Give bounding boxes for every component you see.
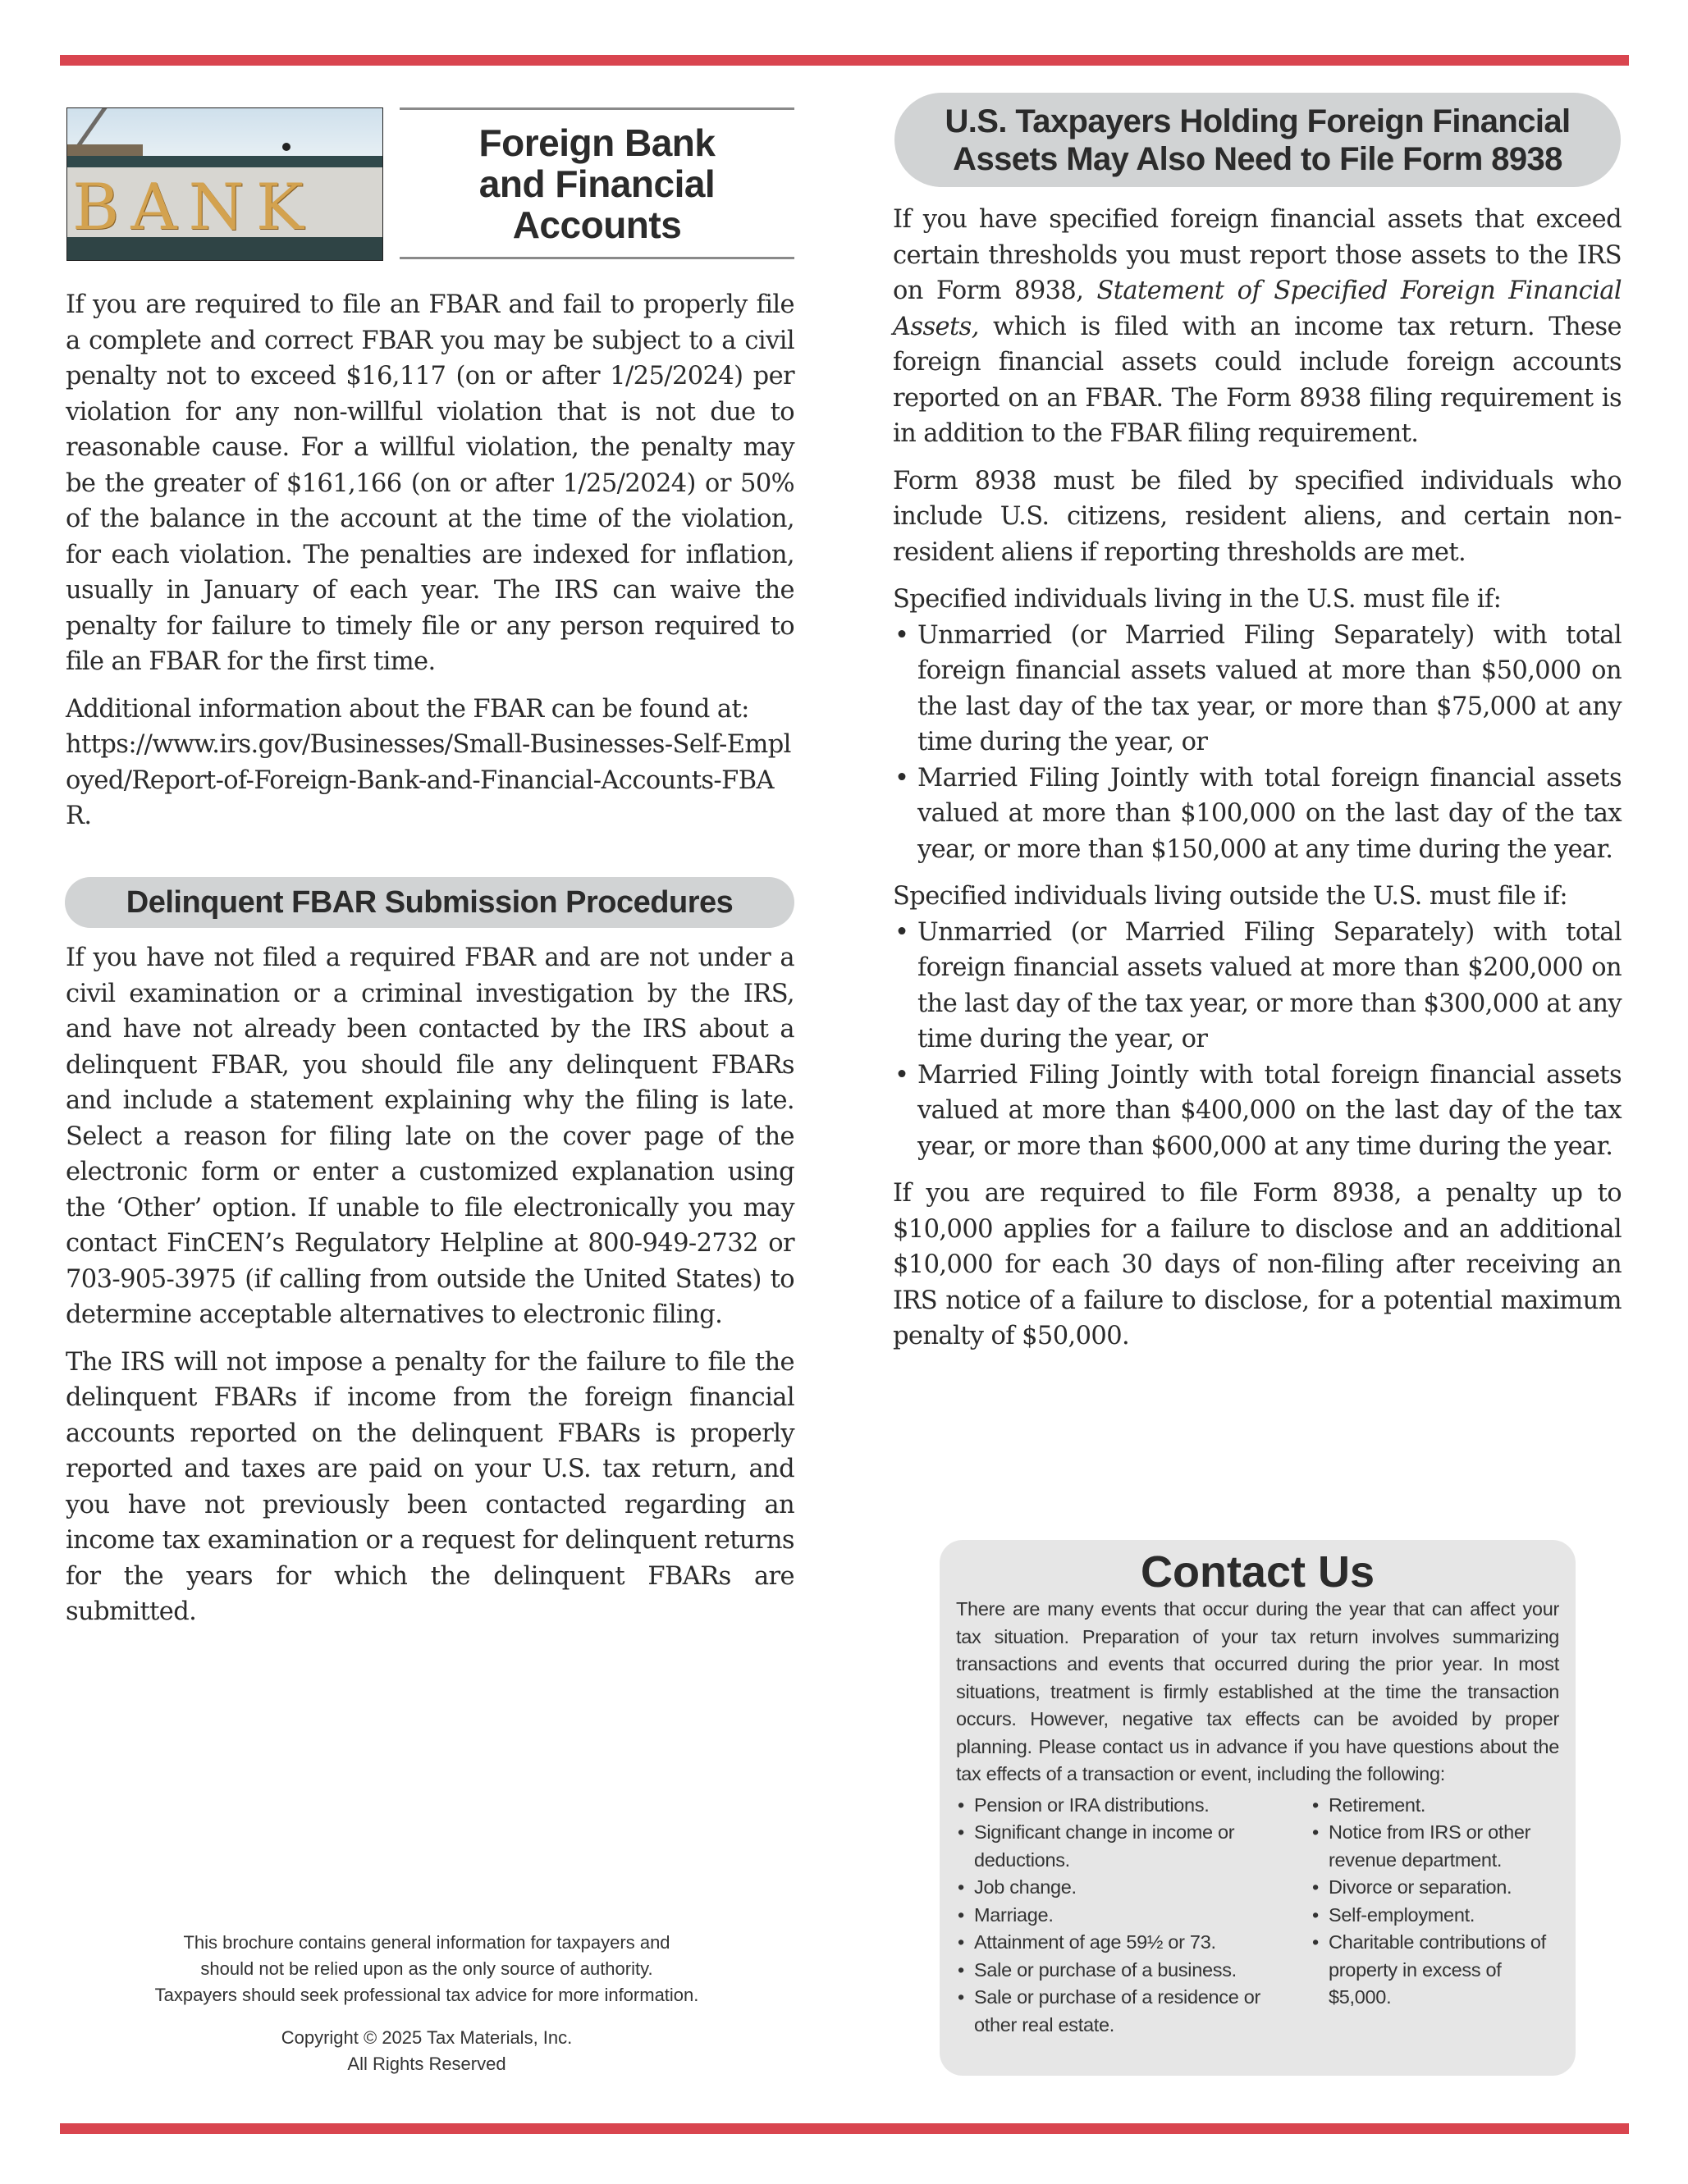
list-item: Job change. [956,1874,1311,1902]
list-item: Marriage. [956,1902,1311,1930]
page-title-box: Foreign Bankand FinancialAccounts [400,107,794,259]
list-item: Retirement. [1311,1792,1557,1820]
delinquent-heading: Delinquent FBAR Submission Procedures [126,885,734,921]
disclaimer-line: This brochure contains general informati… [98,1930,755,1956]
contact-us-title: Contact Us [956,1548,1559,1596]
list-item: Pension or IRA distributions. [956,1792,1311,1820]
left-column: If you are required to file an FBAR and … [66,287,794,834]
list-item: Sale or purchase of a residence or other… [956,1984,1311,2039]
list-item: Divorce or separation. [1311,1874,1557,1902]
page-title-line: Accounts [513,203,682,246]
bank-sign-photo: BANK [66,107,383,261]
page-title-line: and Financial [479,162,715,205]
form8938-intro: If you have specified foreign financial … [893,202,1622,452]
us-group-lead: Specified individuals living in the U.S.… [893,582,1622,618]
list-item: Self-employment. [1311,1902,1557,1930]
delinquent-paragraph-2: The IRS will not impose a penalty for th… [66,1345,794,1630]
events-list-right: Retirement. Notice from IRS or other rev… [1311,1792,1557,2040]
rights-line: All Rights Reserved [98,2051,755,2077]
delinquent-paragraph-1: If you have not filed a required FBAR an… [66,940,794,1333]
bottom-accent-bar [60,2123,1629,2134]
delinquent-heading-pill: Delinquent FBAR Submission Procedures [65,877,794,928]
top-accent-bar [60,55,1629,66]
disclaimer-line: should not be relied upon as the only so… [98,1956,755,1982]
form8938-heading-pill: U.S. Taxpayers Holding Foreign Financial… [894,93,1621,187]
fbar-info-link[interactable]: https://www.irs.gov/Businesses/Small-Bus… [66,730,791,830]
list-item: Sale or purchase of a business. [956,1957,1311,1985]
bank-sign-text: BANK [72,171,315,244]
list-item: Charitable contributions of property in … [1311,1929,1557,2012]
who-must-file: Form 8938 must be filed by specified ind… [893,464,1622,571]
right-column: If you have specified foreign financial … [893,202,1622,1366]
us-thresholds-list: Unmarried (or Married Filing Separately)… [893,618,1622,868]
list-item: Notice from IRS or other revenue departm… [1311,1819,1557,1874]
fbar-info-paragraph: Additional information about the FBAR ca… [66,692,794,834]
list-item: Married Filing Jointly with total foreig… [893,761,1622,868]
delinquent-section: If you have not filed a required FBAR an… [66,940,794,1642]
intro-text-cont: which is filed with an income tax return… [893,313,1622,449]
list-item: Significant change in income or deductio… [956,1819,1311,1874]
page-title-line: Foreign Bank [479,121,716,164]
list-item: Married Filing Jointly with total foreig… [893,1058,1622,1165]
contact-events-lists: Pension or IRA distributions. Significan… [956,1792,1559,2040]
list-item: Unmarried (or Married Filing Separately)… [893,915,1622,1058]
copyright: Copyright © 2025 Tax Materials, Inc. All… [98,2025,755,2077]
page-title: Foreign Bankand FinancialAccounts [479,122,716,245]
contact-us-box: Contact Us There are many events that oc… [940,1540,1576,2076]
fbar-penalty-paragraph: If you are required to file an FBAR and … [66,287,794,680]
heading-line-2: Assets May Also Need to File Form 8938 [953,141,1562,177]
disclaimer: This brochure contains general informati… [98,1930,755,2008]
disclaimer-line: Taxpayers should seek professional tax a… [98,1982,755,2008]
list-item: Attainment of age 59½ or 73. [956,1929,1311,1957]
form8938-penalty: If you are required to file Form 8938, a… [893,1176,1622,1355]
list-item: Unmarried (or Married Filing Separately)… [893,618,1622,761]
form8938-heading: U.S. Taxpayers Holding Foreign Financial… [945,103,1570,178]
contact-us-body: There are many events that occur during … [956,1596,1559,1789]
events-list-left: Pension or IRA distributions. Significan… [956,1792,1311,2040]
fbar-info-lead: Additional information about the FBAR ca… [66,695,749,724]
abroad-thresholds-list: Unmarried (or Married Filing Separately)… [893,915,1622,1165]
copyright-line: Copyright © 2025 Tax Materials, Inc. [98,2025,755,2051]
abroad-group-lead: Specified individuals living outside the… [893,879,1622,915]
heading-line-1: U.S. Taxpayers Holding Foreign Financial [945,103,1570,139]
